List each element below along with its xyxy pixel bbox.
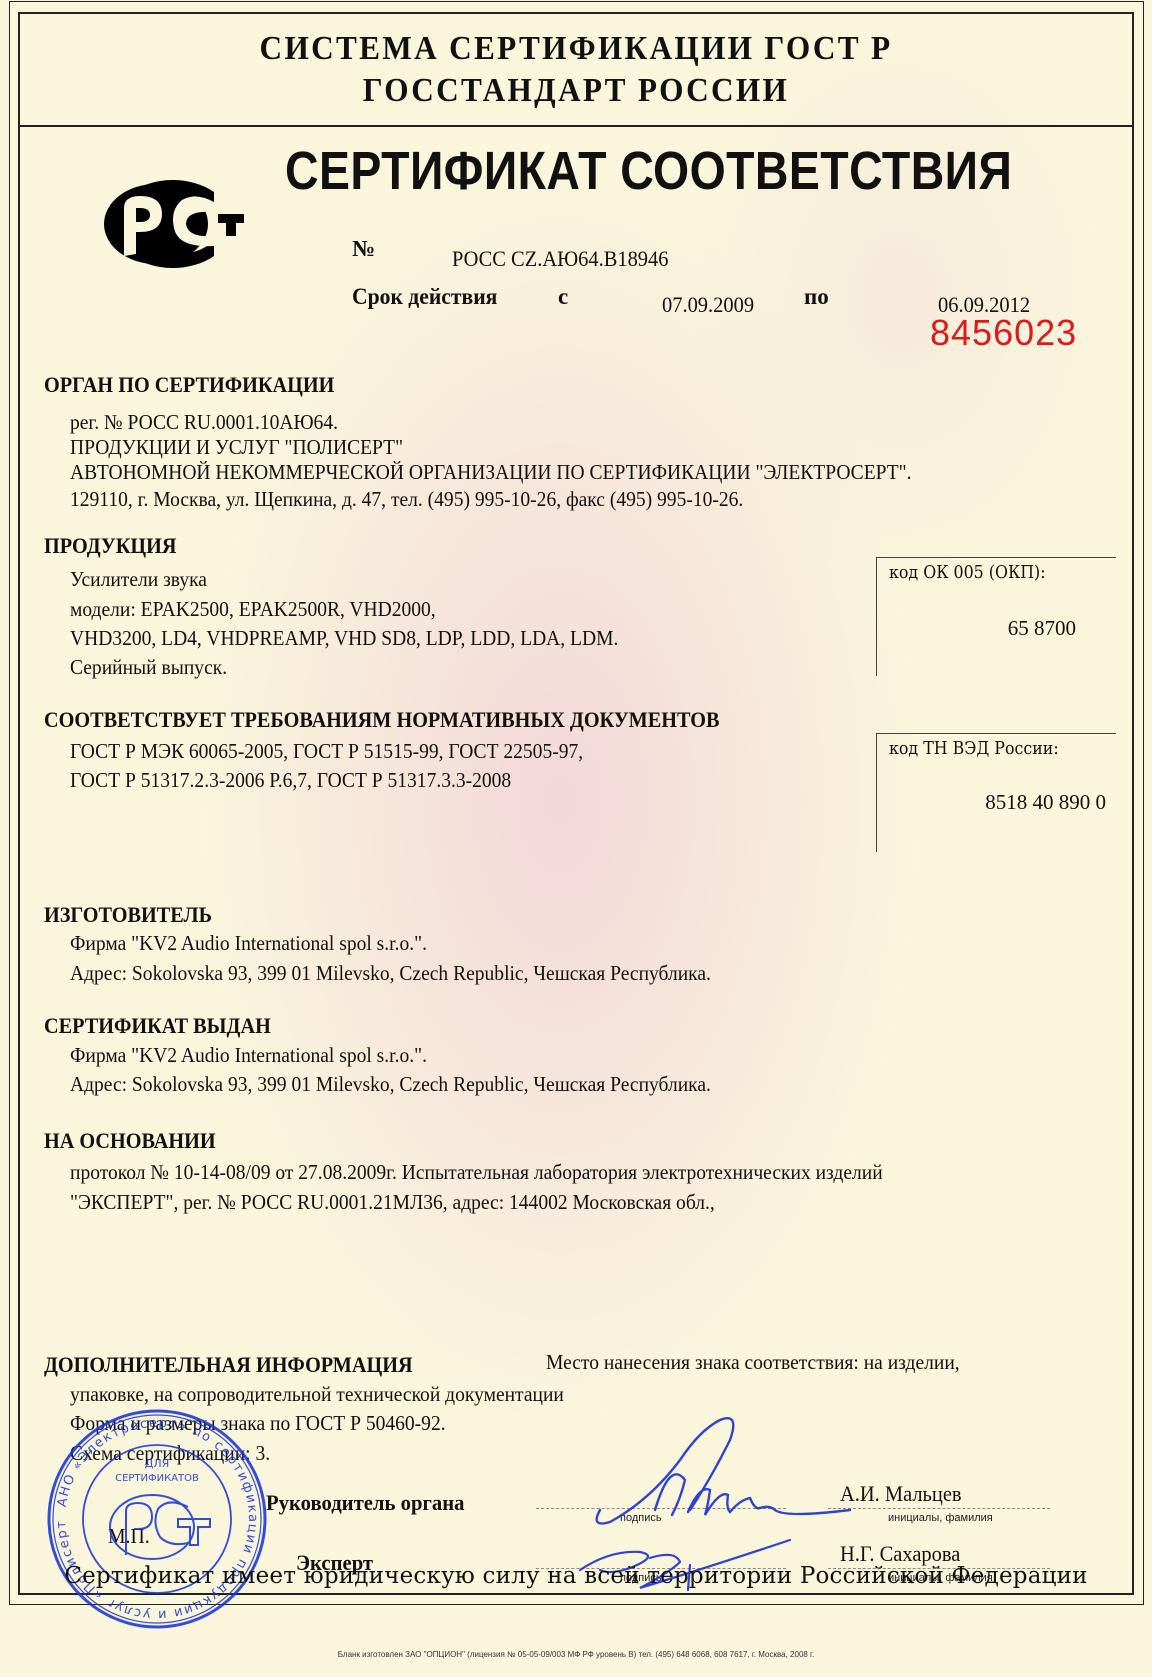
products-heading: ПРОДУКЦИЯ [44,533,177,559]
issued-to-heading: СЕРТИФИКАТ ВЫДАН [44,1013,271,1039]
validity-statement: Сертификат имеет юридическую силу на все… [18,1563,1134,1589]
header-divider [18,125,1134,127]
tnved-code-value: 8518 40 890 0 [985,790,1106,815]
okp-code-box: код ОК 005 (ОКП): 65 8700 [876,557,1116,676]
certification-body-line: АВТОНОМНОЙ НЕКОММЕРЧЕСКОЙ ОРГАНИЗАЦИИ ПО… [70,460,912,485]
basis-heading: НА ОСНОВАНИИ [44,1128,216,1154]
issued-to-line: Фирма "KV2 Audio International spol s.r.… [70,1043,427,1068]
printer-note: Бланк изготовлен ЗАО "ОПЦИОН" (лицензия … [0,1650,1152,1659]
certificate-number: РОСС CZ.АЮ64.В18946 [452,246,669,272]
product-line: Серийный выпуск. [70,655,227,680]
okp-code-label: код ОК 005 (ОКП): [889,562,1046,583]
number-label: № [352,236,375,262]
system-title-line2: ГОССТАНДАРТ РОССИИ [63,72,1090,110]
manufacturer-line: Адрес: Sokolovska 93, 399 01 Milevsko, C… [70,961,711,986]
tnved-code-box: код ТН ВЭД России: 8518 40 890 0 [876,733,1116,852]
okp-code-value: 65 8700 [1008,616,1076,641]
head-name-caption: инициалы, фамилия [888,1512,993,1524]
certification-body-line: 129110, г. Москва, ул. Щепкина, д. 47, т… [70,487,743,512]
manufacturer-line: Фирма "KV2 Audio International spol s.r.… [70,931,427,956]
additional-info-heading: ДОПОЛНИТЕЛЬНАЯ ИНФОРМАЦИЯ [44,1352,413,1378]
product-line: VHD3200, LD4, VHDPREAMP, VHD SD8, LDP, L… [70,626,618,651]
basis-line: "ЭКСПЕРТ", рег. № РОСС RU.0001.21МЛ36, а… [70,1190,715,1215]
valid-from-date: 07.09.2009 [662,292,754,318]
blank-serial-number: 8456023 [930,312,1077,354]
certification-body-line: рег. № РОСС RU.0001.10АЮ64. [70,410,338,435]
product-line: модели: EPAK2500, EPAK2500R, VHD2000, [70,597,436,622]
additional-info-line: упаковке, на сопроводительной техническо… [70,1382,564,1407]
head-name-line [828,1508,1050,1509]
issued-to-line: Адрес: Sokolovska 93, 399 01 Milevsko, C… [70,1072,711,1097]
tnved-code-label: код ТН ВЭД России: [889,738,1059,759]
basis-line: протокол № 10-14-08/09 от 27.08.2009г. И… [70,1160,883,1185]
head-role-label: Руководитель органа [266,1490,464,1516]
official-seal-stamp-icon: АНО «Электросерт» по сертификации продук… [42,1405,272,1633]
validity-to-label: по [804,284,829,310]
document-title: СЕРТИФИКАТ СООТВЕТСТВИЯ [285,140,1012,202]
validity-label: Срок действия [352,284,497,310]
manufacturer-heading: ИЗГОТОВИТЕЛЬ [44,902,212,928]
validity-from-label: с [558,284,568,310]
stamp-center-bottom: СЕРТИФИКАТОВ [115,1473,199,1484]
certification-body-line: ПРОДУКЦИИ И УСЛУГ "ПОЛИСЕРТ" [70,435,403,460]
pct-gost-r-mark-icon [96,178,246,270]
compliance-line: ГОСТ Р 51317.2.3-2006 Р.6,7, ГОСТ Р 5131… [70,768,511,793]
stamp-center-top: ДЛЯ [145,1457,170,1470]
product-line: Усилители звука [70,567,207,592]
compliance-line: ГОСТ Р МЭК 60065-2005, ГОСТ Р 51515-99, … [70,739,583,764]
additional-info-first-line: Место нанесения знака соответствия: на и… [546,1350,960,1375]
system-title-line1: СИСТЕМА СЕРТИФИКАЦИИ ГОСТ Р [63,30,1090,68]
certification-body-heading: ОРГАН ПО СЕРТИФИКАЦИИ [44,372,334,398]
compliance-heading: СООТВЕТСТВУЕТ ТРЕБОВАНИЯМ НОРМАТИВНЫХ ДО… [44,707,720,733]
